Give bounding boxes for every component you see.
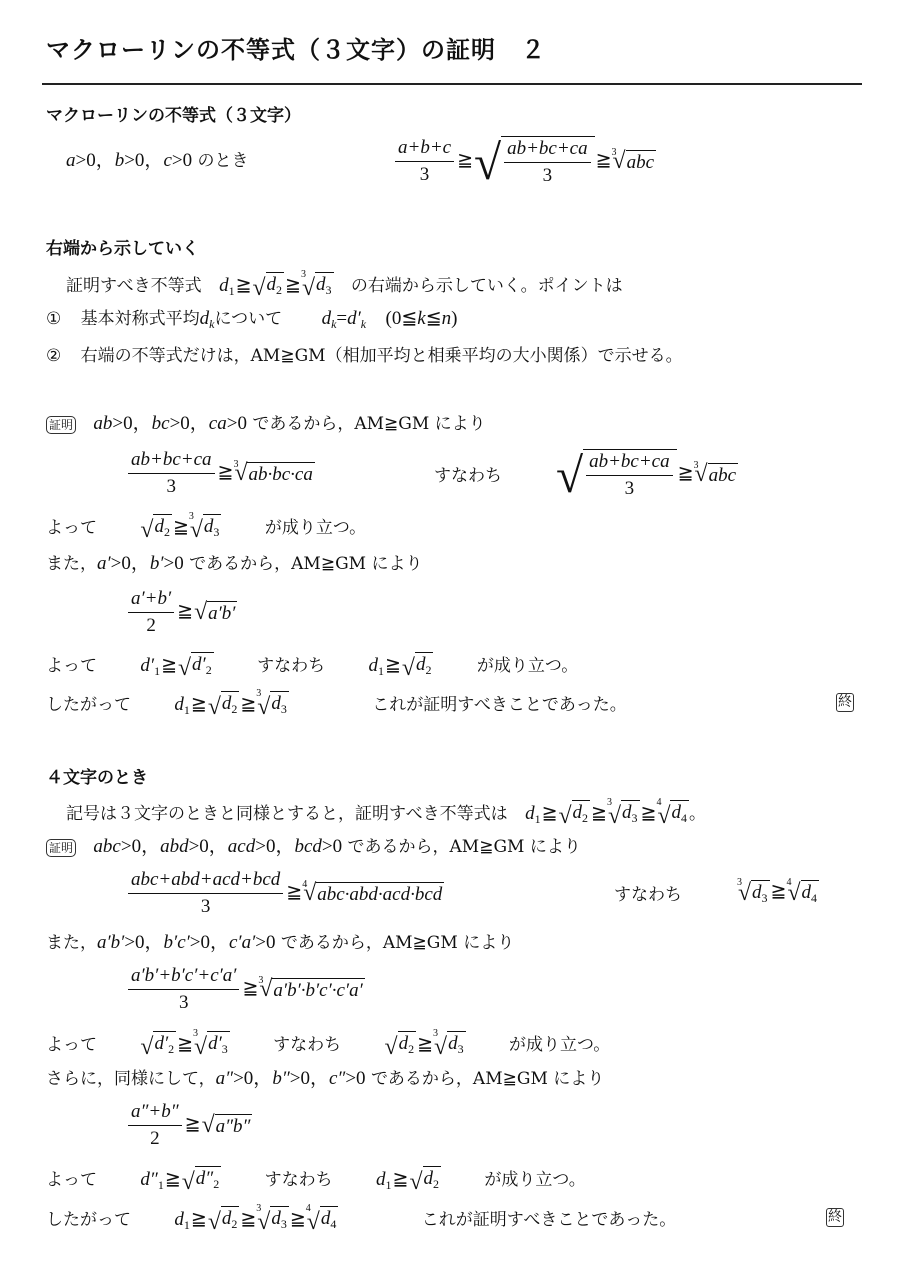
proof1-yotte-line: よって √d2≧3√d3 が成り立つ。	[46, 514, 366, 543]
intro-line: 証明すべき不等式 d1≧√d2≧3√d3 の右端から示していく。ポイントは	[66, 272, 623, 302]
proof1-mata-line: また，a′>0，b′>0 であるから，AM≧GM により	[46, 553, 422, 575]
proof2-eq1: abc+abd+acd+bcd3≧4√abc·abd·acd·bcd	[126, 869, 444, 918]
point-2: ② 右端の不等式だけは，AM≧GM（相加平均と相乗平均の大小関係）で示せる。	[46, 345, 683, 367]
maclaurin-inequality: a+b+c3≧√ab+bc+ca3≧3√abc	[393, 136, 656, 187]
title-divider	[42, 83, 862, 85]
proof2-eq3: a″+b″2≧√a″b″	[126, 1101, 252, 1150]
proof1-eq3: a′+b′2≧√a′b′	[126, 588, 237, 637]
proof-badge: 証明	[46, 416, 76, 434]
four-vars-intro: 記号は３文字のときと同様とすると，証明すべき不等式は d1≧√d2≧3√d3≧4…	[66, 800, 706, 830]
proof1-yotte2-line: よって d′1≧√d′2 すなわち d1≧√d2 が成り立つ。	[46, 652, 578, 682]
proof2-eq1-result: 3√d3≧4√d4	[738, 880, 819, 906]
section-heading-right-end: 右端から示していく	[46, 234, 199, 259]
point-1: ① 基本対称式平均dkについて dk=d′k (0≦k≦n)	[46, 308, 457, 335]
proof2-end-mark: 終	[826, 1206, 844, 1227]
proof2-eq2: a′b′+b′c′+c′a′3≧3√a′b′·b′c′·c′a′	[126, 965, 365, 1014]
section-heading-four-vars: ４文字のとき	[46, 763, 148, 788]
proof2-mata-line: また，a′b′>0，b′c′>0，c′a′>0 であるから，AM≧GM により	[46, 932, 514, 954]
page-title: マクローリンの不等式（３文字）の証明 ２	[46, 30, 546, 65]
proof2-therefore-line: したがって d1≧√d2≧3√d3≧4√d4 これが証明すべきことであった。	[46, 1206, 676, 1236]
proof1-eq2: √ab+bc+ca3≧3√abc	[556, 449, 738, 500]
condition-text: a>0，b>0，c>0 のとき	[66, 150, 249, 172]
proof1-sunawachi: すなわち	[434, 465, 502, 487]
proof-badge: 証明	[46, 839, 76, 857]
proof2-line1: 証明 abc>0，abd>0，acd>0，bcd>0 であるから，AM≧GM に…	[46, 836, 581, 858]
proof2-sarani-line: さらに，同様にして，a″>0，b″>0，c″>0 であるから，AM≧GM により	[46, 1068, 604, 1090]
proof1-end-mark: 終	[836, 691, 854, 712]
proof2-yotte-line: よって √d′2≧3√d′3 すなわち √d2≧3√d3 が成り立つ。	[46, 1031, 610, 1060]
proof1-line1: 証明 ab>0，bc>0，ca>0 であるから，AM≧GM により	[46, 413, 486, 435]
section-heading-maclaurin: マクローリンの不等式（３文字）	[46, 101, 301, 126]
proof1-eq1: ab+bc+ca3≧3√ab·bc·ca	[126, 449, 315, 498]
proof1-therefore-line: したがって d1≧√d2≧3√d3 これが証明すべきことであった。	[46, 691, 627, 721]
proof2-sunawachi: すなわち	[614, 884, 682, 906]
proof2-yotte2-line: よって d″1≧√d″2 すなわち d1≧√d2 が成り立つ。	[46, 1166, 586, 1196]
